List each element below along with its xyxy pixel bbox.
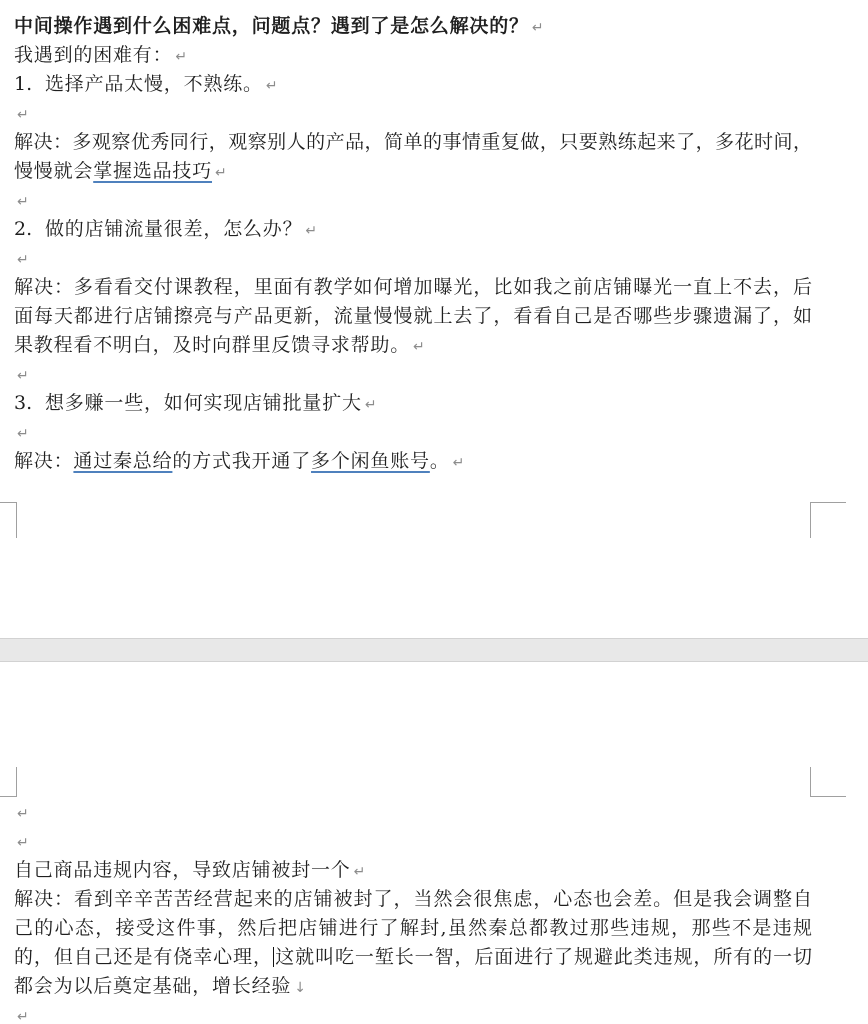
- text-boundary-mark-page2-top-left: [0, 796, 17, 797]
- text-line[interactable]: 自己商品违规内容，导致店铺被封一个↵: [14, 856, 812, 885]
- list-number: 2.: [14, 215, 45, 244]
- list-number: 1.: [14, 70, 45, 99]
- text-segment: 解决：: [14, 450, 73, 472]
- text-boundary-mark-page1-bottom-right: [810, 502, 846, 503]
- page-2-text-area[interactable]: ↵↵自己商品违规内容，导致店铺被封一个↵解决：看到辛辛苦苦经营起来的店铺被封了，…: [14, 798, 812, 1024]
- paragraph-mark-icon: ↵: [17, 1009, 29, 1024]
- page-1-text-area[interactable]: 中间操作遇到什么困难点，问题点？遇到了是怎么解决的？↵我遇到的困难有：↵1.选择…: [14, 12, 812, 476]
- text-line[interactable]: 面每天都进行店铺擦亮与产品更新，流量慢慢就上去了，看看自己是否哪些步骤遗漏了，如: [14, 302, 812, 331]
- text-line[interactable]: ↵: [14, 99, 812, 128]
- text-segment: 自己商品违规内容，导致店铺被封一个: [14, 859, 351, 881]
- text-line[interactable]: 慢慢就会掌握选品技巧↵: [14, 157, 812, 186]
- text-segment: 。: [430, 450, 450, 472]
- paragraph-mark-icon: ↵: [413, 339, 425, 355]
- paragraph-mark-icon: ↵: [532, 20, 544, 36]
- text-line[interactable]: 解决：多看看交付课教程，里面有教学如何增加曝光，比如我之前店铺曝光一直上不去，后: [14, 273, 812, 302]
- underlined-text: 通过秦总给: [73, 450, 172, 472]
- text-segment: 面每天都进行店铺擦亮与产品更新，流量慢慢就上去了，看看自己是否哪些步骤遗漏了，如: [14, 305, 812, 327]
- text-segment: 选择产品太慢，不熟练。: [45, 73, 263, 95]
- text-segment: 解决：多看看交付课教程，里面有教学如何增加曝光，比如我之前店铺曝光一直上不去，后: [14, 276, 812, 298]
- paragraph-mark-icon: ↵: [365, 397, 377, 413]
- text-line[interactable]: 3.想多赚一些，如何实现店铺批量扩大↵: [14, 389, 812, 418]
- line-break-mark-icon: ↓: [294, 980, 306, 996]
- text-segment: 己的心态，接受这件事，然后把店铺进行了解封,虽然秦总都教过那些违规，那些不是违规: [14, 917, 812, 939]
- document-canvas[interactable]: 中间操作遇到什么困难点，问题点？遇到了是怎么解决的？↵我遇到的困难有：↵1.选择…: [0, 0, 868, 1024]
- paragraph-mark-icon: ↵: [17, 426, 29, 442]
- underlined-text: 多个闲鱼账号: [311, 450, 430, 472]
- text-segment: 这就叫吃一堑长一智，后面进行了规避此类违规，所有的一切: [274, 946, 812, 968]
- text-line[interactable]: 都会为以后奠定基础，增长经验↓: [14, 972, 812, 1001]
- text-segment: 做的店铺流量很差，怎么办？: [45, 218, 302, 240]
- paragraph-mark-icon: ↵: [305, 223, 317, 239]
- text-boundary-mark-page2-top-right: [810, 796, 846, 797]
- text-line[interactable]: 解决：看到辛辛苦苦经营起来的店铺被封了，当然会很焦虑，心态也会差。但是我会调整自: [14, 885, 812, 914]
- text-boundary-mark-page1-bottom-left: [16, 502, 17, 538]
- list-number: 3.: [14, 389, 45, 418]
- paragraph-mark-icon: ↵: [354, 864, 366, 880]
- text-line[interactable]: 果教程看不明白，及时向群里反馈寻求帮助。↵: [14, 331, 812, 360]
- text-boundary-mark-page2-top-left: [16, 767, 17, 797]
- text-line[interactable]: ↵: [14, 244, 812, 273]
- paragraph-mark-icon: ↵: [453, 455, 465, 471]
- paragraph-mark-icon: ↵: [17, 194, 29, 210]
- text-segment: 慢慢就会: [14, 160, 93, 182]
- text-line[interactable]: ↵: [14, 798, 812, 827]
- text-segment: 解决：多观察优秀同行，观察别人的产品，简单的事情重复做，只要熟练起来了，多花时间…: [14, 131, 812, 153]
- text-segment: 的方式我开通了: [172, 450, 311, 472]
- text-line[interactable]: 1.选择产品太慢，不熟练。↵: [14, 70, 812, 99]
- text-line[interactable]: ↵: [14, 827, 812, 856]
- text-segment: 中间操作遇到什么困难点，问题点？遇到了是怎么解决的？: [14, 15, 529, 37]
- underlined-text: 掌握选品技巧: [93, 160, 212, 182]
- paragraph-mark-icon: ↵: [17, 835, 29, 851]
- text-line[interactable]: ↵: [14, 1001, 812, 1024]
- text-line[interactable]: 的，但自己还是有侥幸心理，这就叫吃一堑长一智，后面进行了规避此类违规，所有的一切: [14, 943, 812, 972]
- text-line[interactable]: 我遇到的困难有：↵: [14, 41, 812, 70]
- text-segment: 的，但自己还是有侥幸心理，: [14, 946, 273, 968]
- paragraph-mark-icon: ↵: [17, 806, 29, 822]
- text-line[interactable]: 己的心态，接受这件事，然后把店铺进行了解封,虽然秦总都教过那些违规，那些不是违规: [14, 914, 812, 943]
- page-separator[interactable]: [0, 638, 868, 662]
- text-boundary-mark-page2-top-right: [810, 767, 811, 797]
- text-segment: 解决：看到辛辛苦苦经营起来的店铺被封了，当然会很焦虑，心态也会差。但是我会调整自: [14, 888, 812, 910]
- text-line[interactable]: ↵: [14, 186, 812, 215]
- paragraph-mark-icon: ↵: [17, 107, 29, 123]
- text-boundary-mark-page1-bottom-right: [810, 502, 811, 538]
- text-segment: 想多赚一些，如何实现店铺批量扩大: [45, 392, 362, 414]
- paragraph-mark-icon: ↵: [215, 165, 227, 181]
- text-line[interactable]: 解决：通过秦总给的方式我开通了多个闲鱼账号。↵: [14, 447, 812, 476]
- text-segment: 我遇到的困难有：: [14, 44, 172, 66]
- paragraph-mark-icon: ↵: [175, 49, 187, 65]
- paragraph-mark-icon: ↵: [266, 78, 278, 94]
- text-segment: 果教程看不明白，及时向群里反馈寻求帮助。: [14, 334, 410, 356]
- text-line[interactable]: 中间操作遇到什么困难点，问题点？遇到了是怎么解决的？↵: [14, 12, 812, 41]
- text-line[interactable]: ↵: [14, 418, 812, 447]
- paragraph-mark-icon: ↵: [17, 368, 29, 384]
- text-boundary-mark-page1-bottom-left: [0, 502, 17, 503]
- paragraph-mark-icon: ↵: [17, 252, 29, 268]
- text-line[interactable]: ↵: [14, 360, 812, 389]
- text-line[interactable]: 解决：多观察优秀同行，观察别人的产品，简单的事情重复做，只要熟练起来了，多花时间…: [14, 128, 812, 157]
- text-line[interactable]: 2.做的店铺流量很差，怎么办？↵: [14, 215, 812, 244]
- text-segment: 都会为以后奠定基础，增长经验: [14, 975, 291, 997]
